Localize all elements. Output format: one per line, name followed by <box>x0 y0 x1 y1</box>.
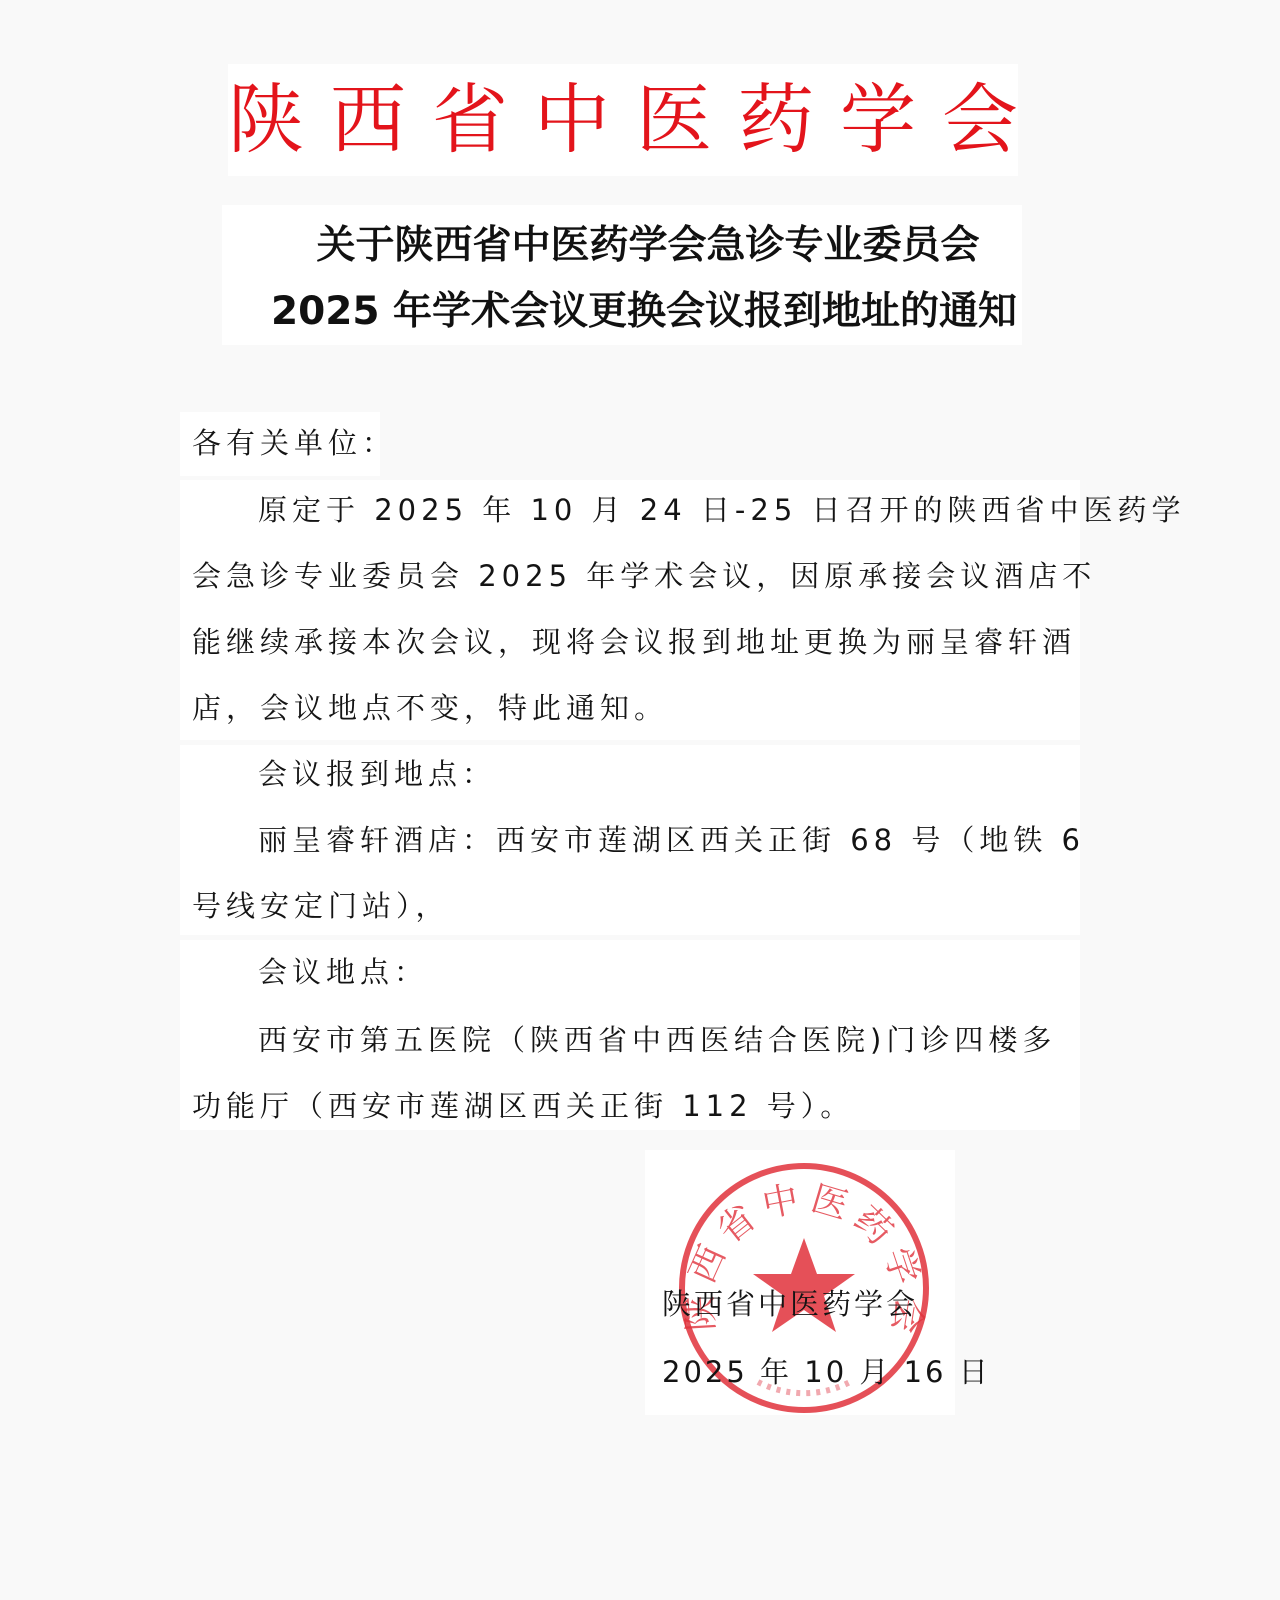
body-line: 店，会议地点不变，特此通知。 <box>192 675 1072 741</box>
notice-title-line-2: 2025 年学术会议更换会议报到地址的通知 <box>4 292 1280 331</box>
body-line: 会急诊专业委员会 2025 年学术会议，因原承接会议酒店不 <box>192 543 1072 609</box>
signature-organization: 陕西省中医药学会 <box>662 1282 918 1323</box>
salutation: 各有关单位： <box>192 410 1072 476</box>
venue-label: 会议地点： <box>192 939 1138 1005</box>
body-line: 能继续承接本次会议，现将会议报到地址更换为丽呈睿轩酒 <box>192 609 1072 675</box>
signature-date: 2025 年 10 月 16 日 <box>662 1350 991 1391</box>
venue-line: 西安市第五医院（陕西省中西医结合医院)门诊四楼多 <box>192 1007 1138 1073</box>
masthead: 陕西省中医药学会 <box>228 64 1018 176</box>
venue-line: 功能厅（西安市莲湖区西关正街 112 号）。 <box>192 1073 1072 1139</box>
registration-label: 会议报到地点： <box>192 741 1138 807</box>
registration-line: 号线安定门站）， <box>192 873 1072 939</box>
registration-line: 丽呈睿轩酒店：西安市莲湖区西关正街 68 号（地铁 6 <box>192 807 1138 873</box>
masthead-title: 陕西省中医药学会 <box>228 82 1044 158</box>
notice-title-line-1: 关于陕西省中医药学会急诊专业委员会 <box>8 226 1280 265</box>
body-line: 原定于 2025 年 10 月 24 日-25 日召开的陕西省中医药学 <box>192 477 1138 543</box>
